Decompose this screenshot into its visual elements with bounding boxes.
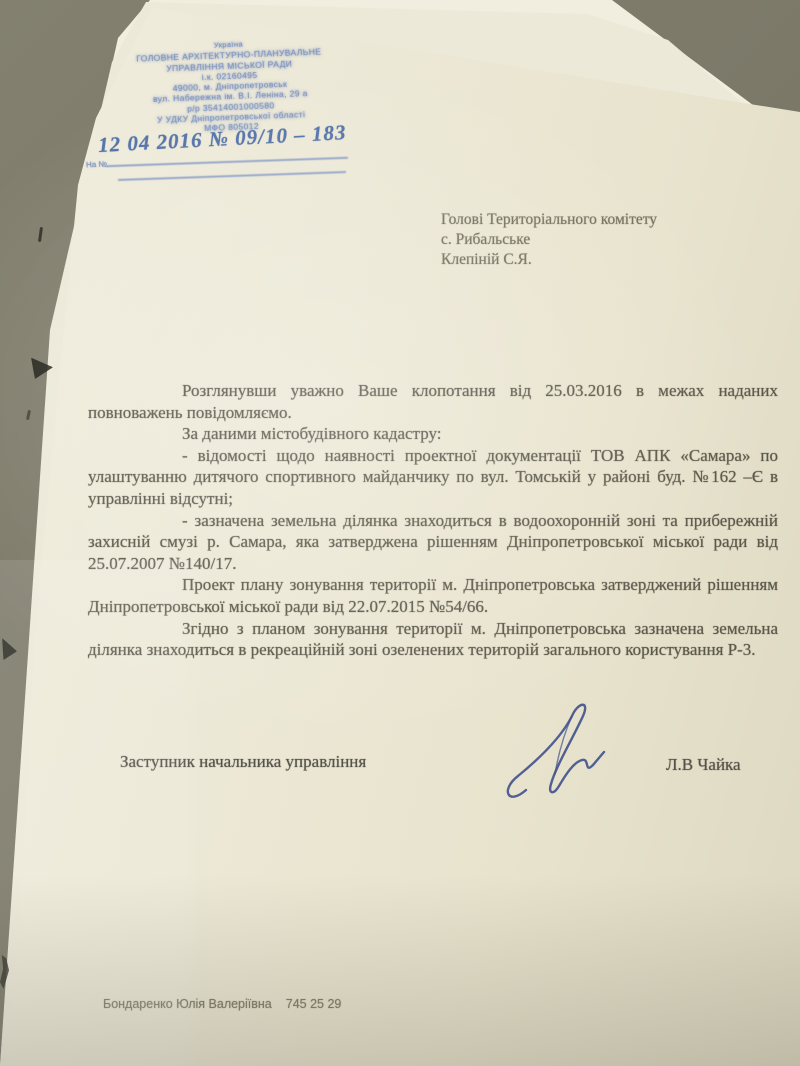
recipient-line1: Голові Територіального комітету (441, 210, 657, 230)
paragraph: - відомості щодо наявності проектної док… (88, 445, 778, 510)
paragraph: - зазначена земельна ділянка знаходиться… (88, 510, 778, 575)
recipient-line2: с. Рибальське (441, 230, 657, 250)
photo-of-letter: Україна ГОЛОВНЕ АРХІТЕКТУРНО-ПЛАНУВАЛЬНЕ… (0, 0, 800, 1066)
handwritten-signature-icon (492, 690, 652, 808)
reply-ref-label: На № (86, 160, 107, 170)
staple-mark (38, 227, 43, 242)
recipient-block: Голові Територіального комітету с. Рибал… (441, 210, 657, 270)
staple-mark (26, 410, 31, 420)
executor-phone: 745 25 29 (286, 997, 342, 1011)
paragraph: Проект плану зонування території м. Дніп… (88, 574, 778, 617)
binder-hole-mark (2, 638, 17, 660)
letter-body: Розглянувши уважно Ваше клопотання від 2… (88, 380, 778, 661)
paragraph: Згідно з планом зонування території м. Д… (88, 618, 778, 661)
recipient-line3: Клепіній С.Я. (441, 250, 657, 270)
executor-line: Бондаренко Юлія Валеріївна745 25 29 (103, 997, 355, 1011)
executor-name: Бондаренко Юлія Валеріївна (103, 997, 272, 1011)
signer-position: Заступник начальника управління (120, 752, 366, 772)
paragraph: За даними містобудівного кадастру: (88, 423, 778, 445)
signer-name: Л.В Чайка (666, 755, 741, 775)
paragraph: Розглянувши уважно Ваше клопотання від 2… (88, 380, 778, 423)
